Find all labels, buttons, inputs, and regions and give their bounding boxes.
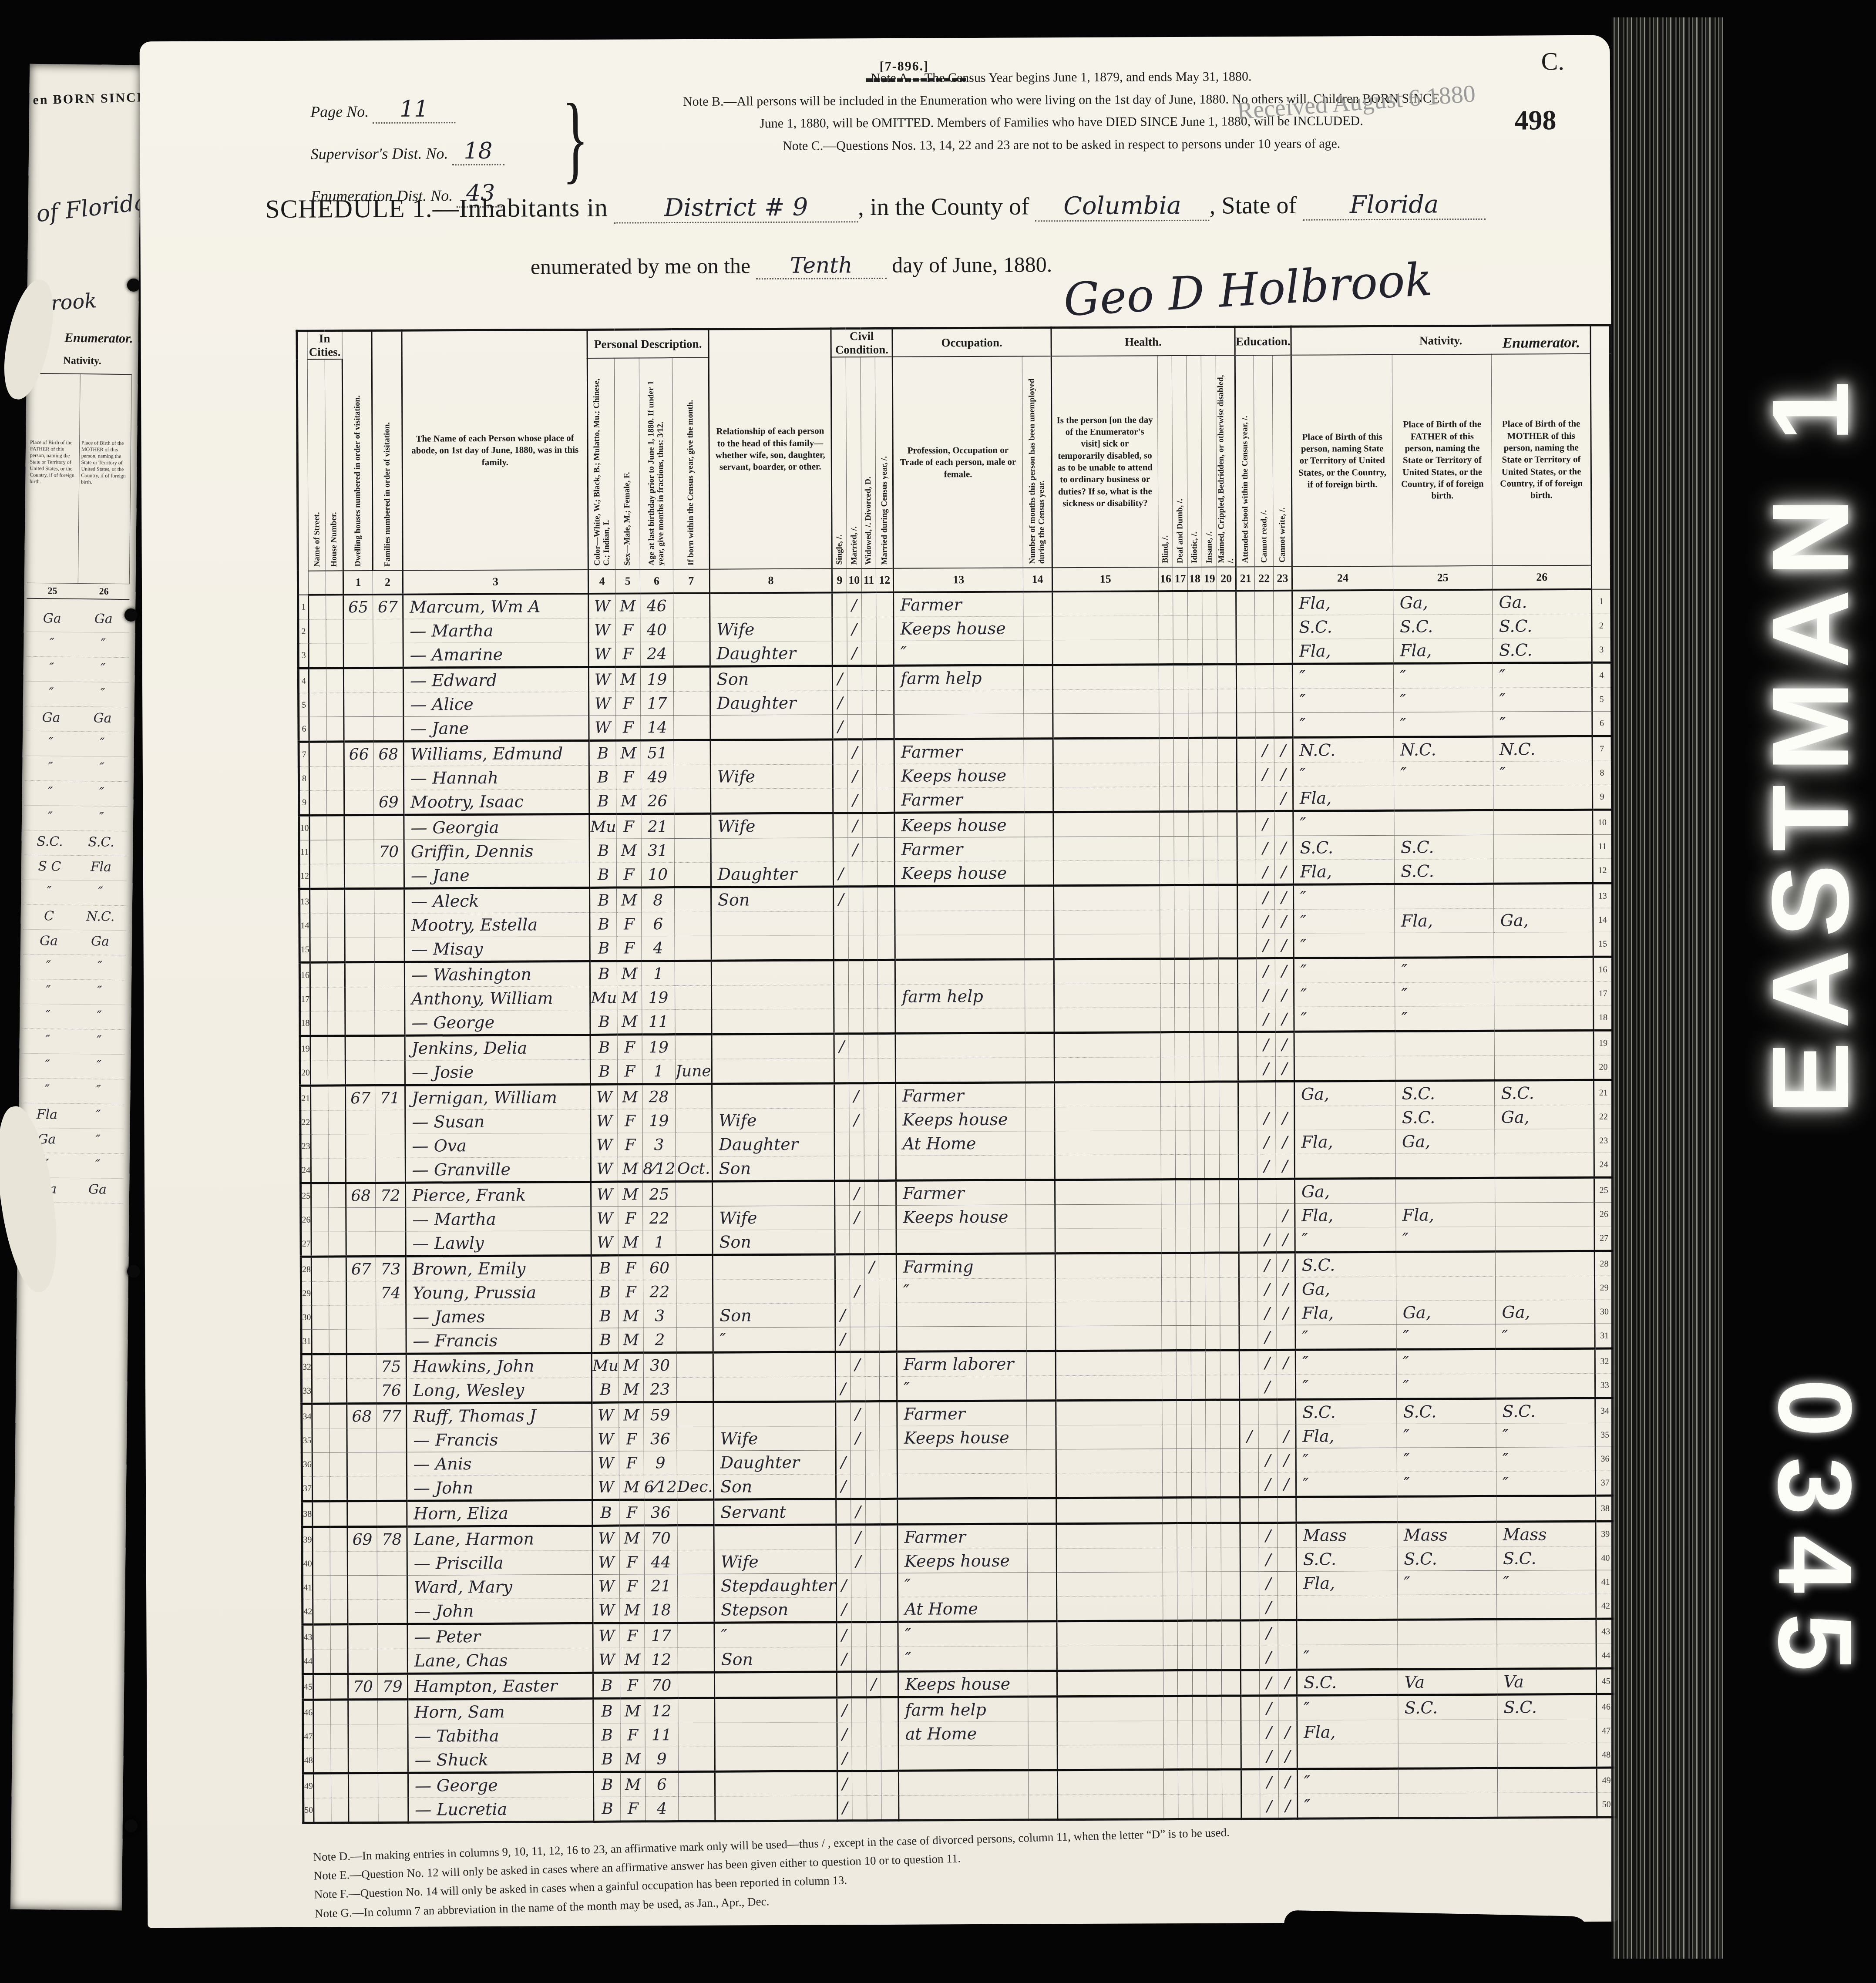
prev-page-born-since-text: en BORN SINCE (33, 90, 141, 108)
table-cell (711, 911, 834, 936)
table-cell: / (847, 641, 862, 666)
table-cell (1221, 1670, 1241, 1696)
table-cell (862, 788, 877, 813)
table-cell: / (1259, 1548, 1278, 1572)
table-cell: ″ (1293, 762, 1394, 786)
table-cell (1189, 958, 1204, 983)
table-cell (344, 864, 374, 889)
table-cell (1162, 1498, 1177, 1523)
table-cell (673, 618, 710, 642)
table-cell: / (1259, 1645, 1278, 1670)
table-cell: / (1257, 983, 1275, 1007)
title-part1: SCHEDULE 1.—Inhabitants in (265, 193, 608, 223)
table-cell (678, 1747, 715, 1771)
table-cell: Keeps house (898, 1549, 1027, 1573)
table-cell (1220, 1425, 1240, 1449)
table-cell (897, 1302, 1026, 1327)
table-cell: — Edward (403, 667, 588, 692)
table-cell: S.C. (1398, 1546, 1497, 1571)
table-cell (1394, 785, 1493, 810)
table-cell (1053, 738, 1159, 763)
table-cell (343, 717, 373, 742)
table-cell: ″ (1295, 1374, 1397, 1399)
table-cell (877, 911, 895, 935)
table-cell: / (1278, 1720, 1297, 1744)
table-cell (1174, 836, 1189, 860)
table-cell: M (618, 1230, 643, 1255)
table-cell (881, 1671, 898, 1697)
table-cell: 68 (346, 1404, 377, 1428)
table-cell (1257, 1082, 1276, 1106)
table-cell (1495, 1153, 1594, 1178)
table-cell: ″ (1294, 982, 1395, 1007)
table-cell (880, 1401, 897, 1426)
table-cell: — Shuck (408, 1747, 593, 1773)
table-cell (1193, 1794, 1207, 1819)
table-cell (374, 766, 404, 790)
table-cell (877, 861, 895, 886)
table-cell (851, 1450, 865, 1474)
table-cell: ″ (1496, 1423, 1595, 1447)
table-cell (343, 668, 373, 693)
table-cell (862, 691, 877, 715)
table-cell: / (864, 1254, 879, 1279)
table-cell: Keeps house (894, 763, 1024, 788)
table-cell: 67 (346, 1257, 376, 1281)
table-cell (346, 1354, 377, 1379)
table-cell (374, 913, 404, 937)
table-cell (344, 815, 374, 840)
table-cell (848, 887, 863, 911)
table-cell: S.C. (1398, 1694, 1497, 1720)
prev-page-row: CN.C. (23, 905, 126, 931)
table-cell: Fla, (1293, 859, 1395, 884)
table-cell (1162, 1351, 1177, 1375)
table-cell (1174, 885, 1189, 910)
table-cell (1204, 1082, 1219, 1106)
table-cell: ″ (1295, 1349, 1397, 1375)
table-cell (675, 961, 711, 985)
table-cell (715, 1746, 837, 1771)
table-cell (861, 592, 876, 617)
table-cell: Stepson (714, 1597, 837, 1623)
table-cell (1205, 1253, 1220, 1277)
table-cell (1497, 1594, 1596, 1619)
table-cell (1220, 1449, 1240, 1472)
table-cell: 9 (645, 1747, 678, 1772)
table-cell (1222, 1794, 1242, 1819)
table-cell: / (1256, 836, 1274, 860)
table-cell (1173, 639, 1188, 664)
table-cell (1023, 616, 1052, 640)
table-cell (895, 886, 1025, 911)
prev-page-cell: S.C. (24, 830, 76, 855)
table-cell (879, 1205, 896, 1229)
table-cell (348, 1649, 378, 1674)
table-cell (834, 911, 848, 935)
table-cell: S.C. (1296, 1547, 1398, 1571)
table-cell: Farm laborer (897, 1351, 1026, 1376)
table-cell: 77 (377, 1403, 407, 1428)
table-cell: / (1257, 1032, 1275, 1057)
table-cell (852, 1697, 867, 1722)
table-cell (1204, 958, 1219, 983)
table-cell: / (1256, 860, 1275, 885)
table-cell: / (836, 1474, 851, 1499)
table-cell: Mootry, Isaac (403, 789, 589, 815)
table-cell: / (1275, 983, 1294, 1007)
table-cell (1220, 1350, 1240, 1375)
table-cell: ″ (898, 1621, 1028, 1647)
table-cell (1052, 665, 1159, 690)
table-cell (880, 1450, 898, 1474)
prev-page-row: Fla″ (21, 1103, 124, 1129)
table-cell: / (1257, 1228, 1276, 1253)
table-cell (1191, 1400, 1206, 1425)
table-cell: Horn, Sam (408, 1698, 593, 1724)
table-cell (1296, 1595, 1398, 1620)
table-cell (1496, 1348, 1595, 1374)
table-cell: / (836, 1450, 851, 1474)
table-cell: F (620, 1574, 645, 1598)
table-cell (834, 1083, 849, 1108)
table-cell (834, 1009, 849, 1034)
table-cell: 44 (644, 1550, 677, 1574)
table-cell (1399, 1793, 1498, 1818)
table-cell (849, 1132, 864, 1156)
table-cell (1276, 1179, 1295, 1203)
table-cell (1052, 616, 1159, 640)
table-cell (1189, 836, 1204, 860)
table-cell: ″ (1395, 982, 1494, 1006)
table-cell: M (618, 1157, 642, 1182)
table-cell (1237, 763, 1256, 786)
table-cell (1056, 1351, 1162, 1376)
table-cell: Keeps house (894, 812, 1024, 837)
table-cell (713, 1254, 835, 1280)
state-handwriting: Florida (1350, 190, 1439, 219)
table-cell: Mu (592, 1353, 619, 1378)
table-cell: Daughter (713, 1450, 836, 1475)
table-cell (850, 1377, 865, 1402)
table-cell (373, 619, 403, 643)
table-cell (373, 643, 403, 668)
table-cell (1162, 1375, 1177, 1400)
prev-page-cell: ″ (22, 1004, 74, 1029)
table-cell: — Alice (403, 692, 589, 716)
table-cell: Jenkins, Delia (405, 1035, 590, 1060)
table-cell: F (620, 1623, 645, 1648)
table-cell: 11 (642, 1010, 675, 1035)
brace-glyph: } (562, 81, 588, 195)
table-cell (673, 642, 710, 666)
table-cell (1028, 1721, 1057, 1745)
table-cell (864, 1156, 879, 1181)
table-cell (712, 1034, 834, 1059)
table-cell (1188, 738, 1203, 763)
table-cell (1294, 1153, 1396, 1179)
table-cell: farm help (894, 665, 1023, 690)
table-cell (1053, 812, 1160, 837)
table-cell: F (616, 692, 641, 716)
table-cell: S.C. (1293, 835, 1395, 860)
table-cell: ″ (898, 1573, 1028, 1597)
table-cell (1239, 1253, 1258, 1277)
table-cell: / (1255, 738, 1274, 763)
table-cell: / (851, 1426, 865, 1450)
table-cell: / (849, 1181, 864, 1206)
table-cell (377, 1599, 407, 1624)
table-cell (1495, 1202, 1594, 1227)
table-cell: Farmer (896, 1082, 1025, 1108)
table-cell: 49 (641, 765, 674, 789)
table-cell: S.C. (1397, 1398, 1496, 1424)
table-cell (674, 838, 711, 862)
table-cell (1495, 1177, 1594, 1203)
table-cell (1240, 1497, 1259, 1523)
table-cell (1190, 1154, 1205, 1179)
table-cell (1396, 1276, 1496, 1301)
table-cell: — James (406, 1304, 592, 1329)
table-cell: / (1274, 786, 1293, 811)
table-cell (678, 1698, 714, 1723)
table-cell (865, 1402, 880, 1426)
table-cell (865, 1426, 880, 1450)
table-cell: Keeps house (897, 1425, 1027, 1450)
table-cell (344, 790, 374, 815)
table-cell (1177, 1523, 1192, 1548)
table-cell: ″ (1395, 957, 1494, 982)
table-cell (835, 1206, 850, 1230)
table-cell (835, 1279, 850, 1303)
table-cell (1160, 1008, 1175, 1032)
table-cell (1159, 812, 1174, 837)
prev-page-row: ″″ (26, 682, 129, 707)
table-cell (851, 1647, 866, 1672)
table-cell: / (835, 1303, 850, 1327)
table-cell (1024, 837, 1053, 861)
table-cell (851, 1474, 865, 1499)
table-cell: ″ (1493, 761, 1593, 785)
table-cell (1161, 1253, 1176, 1278)
table-cell (375, 1110, 405, 1134)
table-cell (1025, 1107, 1055, 1131)
table-cell (895, 1033, 1025, 1058)
table-cell (1160, 984, 1175, 1008)
table-cell: — Lawly (406, 1230, 591, 1256)
prev-page-cell: ″ (76, 756, 128, 781)
table-cell: Ga, (1396, 1300, 1496, 1324)
table-cell: / (851, 1499, 866, 1525)
table-cell (881, 1795, 899, 1820)
table-cell: / (1274, 762, 1293, 786)
table-cell (1294, 1031, 1395, 1056)
table-cell: Fla, (1294, 1129, 1396, 1154)
table-cell (678, 1723, 715, 1747)
table-cell (1163, 1621, 1178, 1646)
table-cell (1054, 984, 1160, 1008)
table-cell (711, 935, 834, 961)
table-cell: At Home (896, 1131, 1025, 1156)
table-cell (676, 1181, 712, 1206)
table-cell: Keeps house (894, 616, 1023, 641)
table-cell (1222, 1696, 1241, 1721)
table-cell (1188, 763, 1203, 786)
table-cell (677, 1550, 714, 1574)
table-cell: — Hannah (403, 765, 589, 790)
table-cell: 76 (377, 1378, 407, 1403)
table-cell (864, 1059, 878, 1083)
table-cell: 36 (644, 1427, 677, 1451)
table-cell (1207, 1696, 1222, 1721)
table-cell: B (593, 1673, 620, 1698)
prev-page-col26-header: Place of Birth of the MOTHER of this per… (78, 374, 132, 584)
table-cell (1192, 1523, 1207, 1548)
table-cell: W (592, 1451, 619, 1475)
table-cell: Fla, (1395, 908, 1494, 933)
table-cell: F (617, 912, 642, 936)
table-cell (833, 813, 848, 838)
table-cell (877, 739, 894, 764)
table-cell: B (594, 1772, 621, 1797)
table-cell (1056, 1375, 1162, 1401)
table-cell: 1 (642, 1059, 675, 1084)
table-cell (1024, 787, 1053, 812)
table-cell (376, 1329, 406, 1354)
table-cell: F (617, 1059, 642, 1084)
table-cell: M (619, 1304, 643, 1328)
table-cell: ″ (1294, 1006, 1395, 1032)
table-cell: 78 (377, 1526, 407, 1551)
table-cell: 71 (375, 1085, 405, 1110)
table-cell (1204, 1007, 1219, 1032)
table-cell: 69 (347, 1527, 377, 1552)
table-cell (848, 960, 863, 985)
table-cell (1160, 934, 1175, 959)
table-cell (1237, 860, 1256, 885)
table-cell (1399, 1743, 1498, 1768)
table-cell (375, 1035, 405, 1060)
table-cell: ″ (1293, 884, 1395, 909)
table-cell (1024, 665, 1053, 690)
table-cell (1237, 910, 1256, 934)
table-cell (867, 1795, 881, 1820)
table-cell (877, 690, 894, 714)
table-cell (345, 1036, 375, 1061)
table-cell (348, 1773, 378, 1798)
table-cell (1218, 786, 1237, 811)
schedule-title: SCHEDULE 1.—Inhabitants in District # 9,… (140, 188, 1610, 226)
table-cell (1218, 811, 1237, 836)
table-cell (896, 1155, 1025, 1180)
table-cell: B (594, 1797, 621, 1822)
table-cell: ″ (1297, 1793, 1399, 1818)
table-cell (1053, 885, 1160, 911)
table-cell: Jernigan, William (405, 1084, 590, 1110)
table-cell (1395, 1055, 1495, 1081)
table-cell (1025, 959, 1054, 984)
table-cell (1496, 1496, 1596, 1522)
table-cell: M (619, 1526, 644, 1550)
table-cell (895, 1008, 1025, 1033)
table-cell (348, 1798, 378, 1823)
table-cell: W (588, 594, 615, 618)
table-cell (346, 1134, 376, 1158)
table-cell: 19 (640, 667, 673, 692)
table-cell (677, 1499, 713, 1525)
table-cell (346, 1305, 376, 1329)
table-cell (1496, 1276, 1595, 1300)
table-cell (1221, 1596, 1241, 1620)
table-cell: Mass (1296, 1522, 1398, 1547)
table-cell (863, 887, 877, 911)
table-cell (833, 788, 848, 813)
table-cell: / (1277, 1301, 1295, 1325)
table-cell: / (1259, 1620, 1278, 1645)
table-cell: ″ (1394, 712, 1493, 737)
table-cell (678, 1771, 715, 1796)
table-cell (348, 1624, 378, 1649)
table-cell (1255, 713, 1274, 738)
table-cell (898, 1473, 1027, 1499)
table-cell (852, 1746, 867, 1771)
page-stamp-number: 498 (1514, 104, 1556, 136)
table-cell (865, 1499, 880, 1524)
table-cell (1395, 884, 1494, 909)
table-cell: Fla, (1295, 1301, 1396, 1325)
table-cell (1056, 1326, 1162, 1351)
table-cell (1057, 1770, 1163, 1795)
table-cell (343, 643, 373, 668)
table-cell (676, 1109, 712, 1133)
table-cell: B (593, 1698, 620, 1723)
table-cell: / (1257, 1154, 1276, 1179)
table-cell: Farmer (894, 837, 1024, 861)
table-cell (1218, 885, 1237, 910)
table-cell: B (590, 1035, 617, 1059)
table-cell (375, 1060, 405, 1085)
table-cell (676, 1206, 712, 1230)
table-cell (866, 1697, 881, 1722)
prev-page-row: ″″ (22, 1054, 125, 1079)
table-cell (1274, 713, 1293, 737)
table-cell (849, 1059, 864, 1083)
prev-page-row: ″″ (23, 979, 126, 1005)
table-cell (676, 1352, 713, 1377)
table-cell (375, 1134, 405, 1158)
table-cell: ″ (1294, 933, 1395, 958)
table-cell (374, 864, 404, 888)
table-cell: ″ (1396, 1227, 1495, 1252)
table-cell (1025, 1008, 1054, 1033)
table-cell (710, 788, 833, 813)
table-cell (1160, 860, 1174, 885)
table-cell: W (592, 1550, 619, 1574)
table-cell: M (615, 593, 640, 618)
table-cell: 14 (641, 716, 674, 740)
table-cell (1206, 1449, 1221, 1472)
table-cell: / (1274, 836, 1293, 860)
table-cell: N.C. (1493, 736, 1592, 761)
table-cell (862, 666, 877, 691)
table-cell: M (616, 839, 641, 863)
table-cell: / (837, 1722, 852, 1746)
table-cell (879, 1229, 896, 1254)
table-cell (1175, 1057, 1190, 1082)
table-cell (863, 862, 877, 887)
table-cell (378, 1773, 408, 1798)
table-cell: 75 (376, 1354, 406, 1378)
